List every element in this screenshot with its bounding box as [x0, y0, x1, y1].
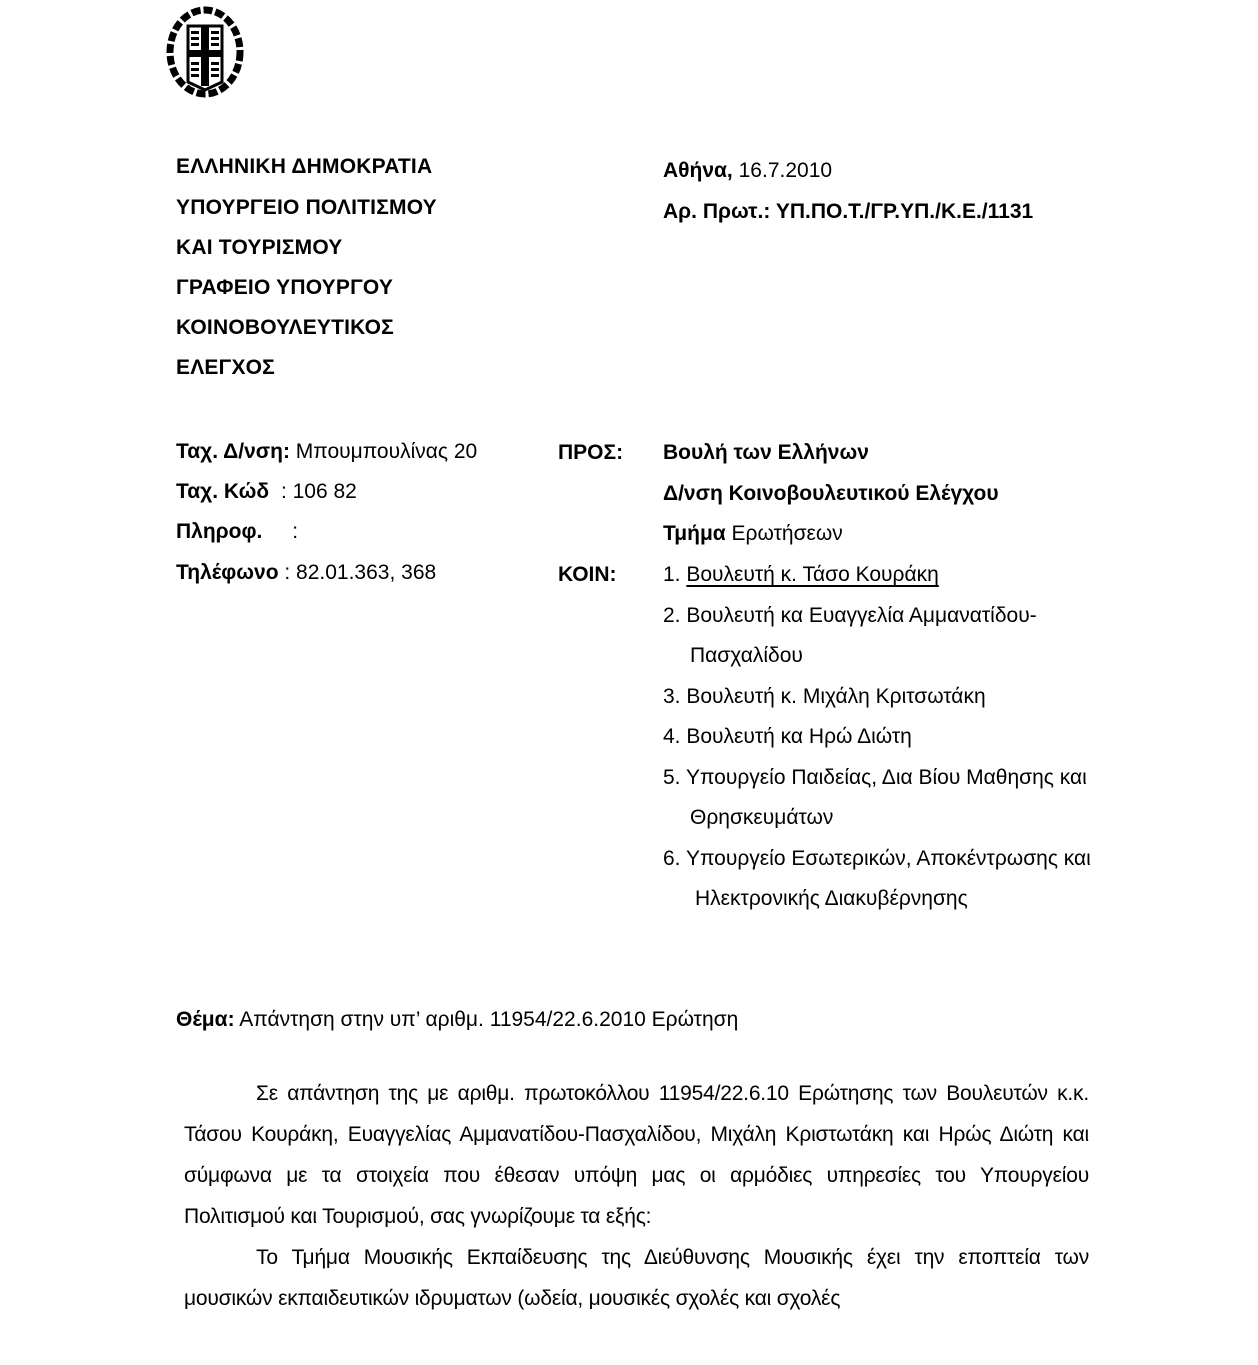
greek-coat-of-arms-icon	[166, 4, 244, 102]
phone-line: Τηλέφωνο : 82.01.363, 368	[176, 561, 436, 585]
subject-line: Θέμα: Απάντηση στην υπ’ αριθμ. 11954/22.…	[176, 1008, 738, 1032]
cc-item-continuation: Πασχαλίδου	[690, 644, 803, 668]
postal-code-line: Ταχ. Κώδ : 106 82	[176, 480, 357, 504]
date-line: Αθήνα, 16.7.2010	[663, 159, 832, 183]
cc-item: 3. Βουλευτή κ. Μιχάλη Κριτσωτάκη	[663, 685, 986, 709]
document-date: 16.7.2010	[739, 159, 832, 182]
cc-recipient: Βουλευτή κ. Μιχάλη Κριτσωτάκη	[686, 685, 985, 708]
info-line: Πληροφ. :	[176, 520, 298, 544]
address-value: Μπουμπουλίνας 20	[296, 440, 477, 463]
cc-number: 2.	[663, 604, 681, 627]
body-paragraph: Σε απάντηση της με αριθμ. πρωτοκόλλου 11…	[184, 1073, 1089, 1237]
issuer-line: ΕΛΛΗΝΙΚΗ ΔΗΜΟΚΡΑΤΙΑ	[176, 155, 432, 179]
issuer-line: ΚΟΙΝΟΒΟΥΛΕΥΤΙΚΟΣ	[176, 316, 394, 340]
cc-number: 1.	[663, 563, 681, 586]
cc-item: 2. Βουλευτή κα Ευαγγελία Αμμανατίδου-	[663, 604, 1037, 628]
cc-item-continuation: Θρησκευμάτων	[690, 806, 833, 830]
issuer-line: ΚΑΙ ΤΟΥΡΙΣΜΟΥ	[176, 236, 343, 260]
to-recipient: Βουλή των Ελλήνων	[663, 441, 869, 465]
cc-recipient: Υπουργείο Εσωτερικών, Αποκέντρωσης και	[686, 847, 1091, 870]
cc-number: 3.	[663, 685, 681, 708]
department-name: Ερωτήσεων	[726, 522, 843, 545]
letter-body: Σε απάντηση της με αριθμ. πρωτοκόλλου 11…	[184, 1073, 1089, 1319]
cc-number: 6.	[663, 847, 681, 870]
cc-recipient: Βουλευτή κ. Τάσο Κουράκη	[686, 563, 938, 586]
to-label: ΠΡΟΣ:	[558, 441, 623, 465]
issuer-line: ΓΡΑΦΕΙΟ ΥΠΟΥΡΓΟΥ	[176, 276, 393, 300]
cc-item: 5. Υπουργείο Παιδείας, Δια Βίου Μαθησης …	[663, 766, 1087, 790]
address-label: Ταχ. Δ/νση:	[176, 440, 290, 463]
protocol-label: Αρ. Πρωτ.:	[663, 200, 770, 223]
department-label: Τμήμα	[663, 522, 726, 545]
cc-item-continuation: Ηλεκτρονικής Διακυβέρνησης	[695, 887, 968, 911]
to-recipient: Δ/νση Κοινοβουλευτικού Ελέγχου	[663, 482, 999, 506]
cc-number: 5.	[663, 766, 681, 789]
cc-number: 4.	[663, 725, 681, 748]
info-label: Πληροφ.	[176, 520, 262, 543]
cc-recipient: Βουλευτή κα Ευαγγελία Αμμανατίδου-	[686, 604, 1036, 627]
address-line: Ταχ. Δ/νση: Μπουμπουλίνας 20	[176, 440, 477, 464]
cc-item: 1. Βουλευτή κ. Τάσο Κουράκη	[663, 563, 939, 587]
cc-recipient: Βουλευτή κα Ηρώ Διώτη	[686, 725, 912, 748]
protocol-number: ΥΠ.ΠΟ.Τ./ΓΡ.ΥΠ./Κ.Ε./1131	[776, 200, 1033, 223]
cc-label: ΚΟΙΝ:	[558, 563, 617, 587]
subject-label: Θέμα:	[176, 1008, 235, 1031]
to-department: Τμήμα Ερωτήσεων	[663, 522, 843, 546]
phone-label: Τηλέφωνο	[176, 561, 279, 584]
info-value: :	[292, 520, 298, 543]
cc-item: 4. Βουλευτή κα Ηρώ Διώτη	[663, 725, 912, 749]
protocol-line: Αρ. Πρωτ.: ΥΠ.ΠΟ.Τ./ΓΡ.ΥΠ./Κ.Ε./1131	[663, 200, 1033, 224]
postal-label: Ταχ. Κώδ	[176, 480, 269, 503]
subject-text: Απάντηση στην υπ’ αριθμ. 11954/22.6.2010…	[239, 1008, 738, 1031]
cc-recipient: Υπουργείο Παιδείας, Δια Βίου Μαθησης και	[686, 766, 1087, 789]
phone-value: : 82.01.363, 368	[284, 561, 436, 584]
place-label: Αθήνα,	[663, 159, 733, 182]
issuer-line: ΕΛΕΓΧΟΣ	[176, 356, 275, 380]
issuer-line: ΥΠΟΥΡΓΕΙΟ ΠΟΛΙΤΙΣΜΟΥ	[176, 196, 437, 220]
postal-value: : 106 82	[281, 480, 357, 503]
body-paragraph: Το Τμήμα Μουσικής Εκπαίδευσης της Διεύθυ…	[184, 1237, 1089, 1319]
cc-item: 6. Υπουργείο Εσωτερικών, Αποκέντρωσης κα…	[663, 847, 1091, 871]
